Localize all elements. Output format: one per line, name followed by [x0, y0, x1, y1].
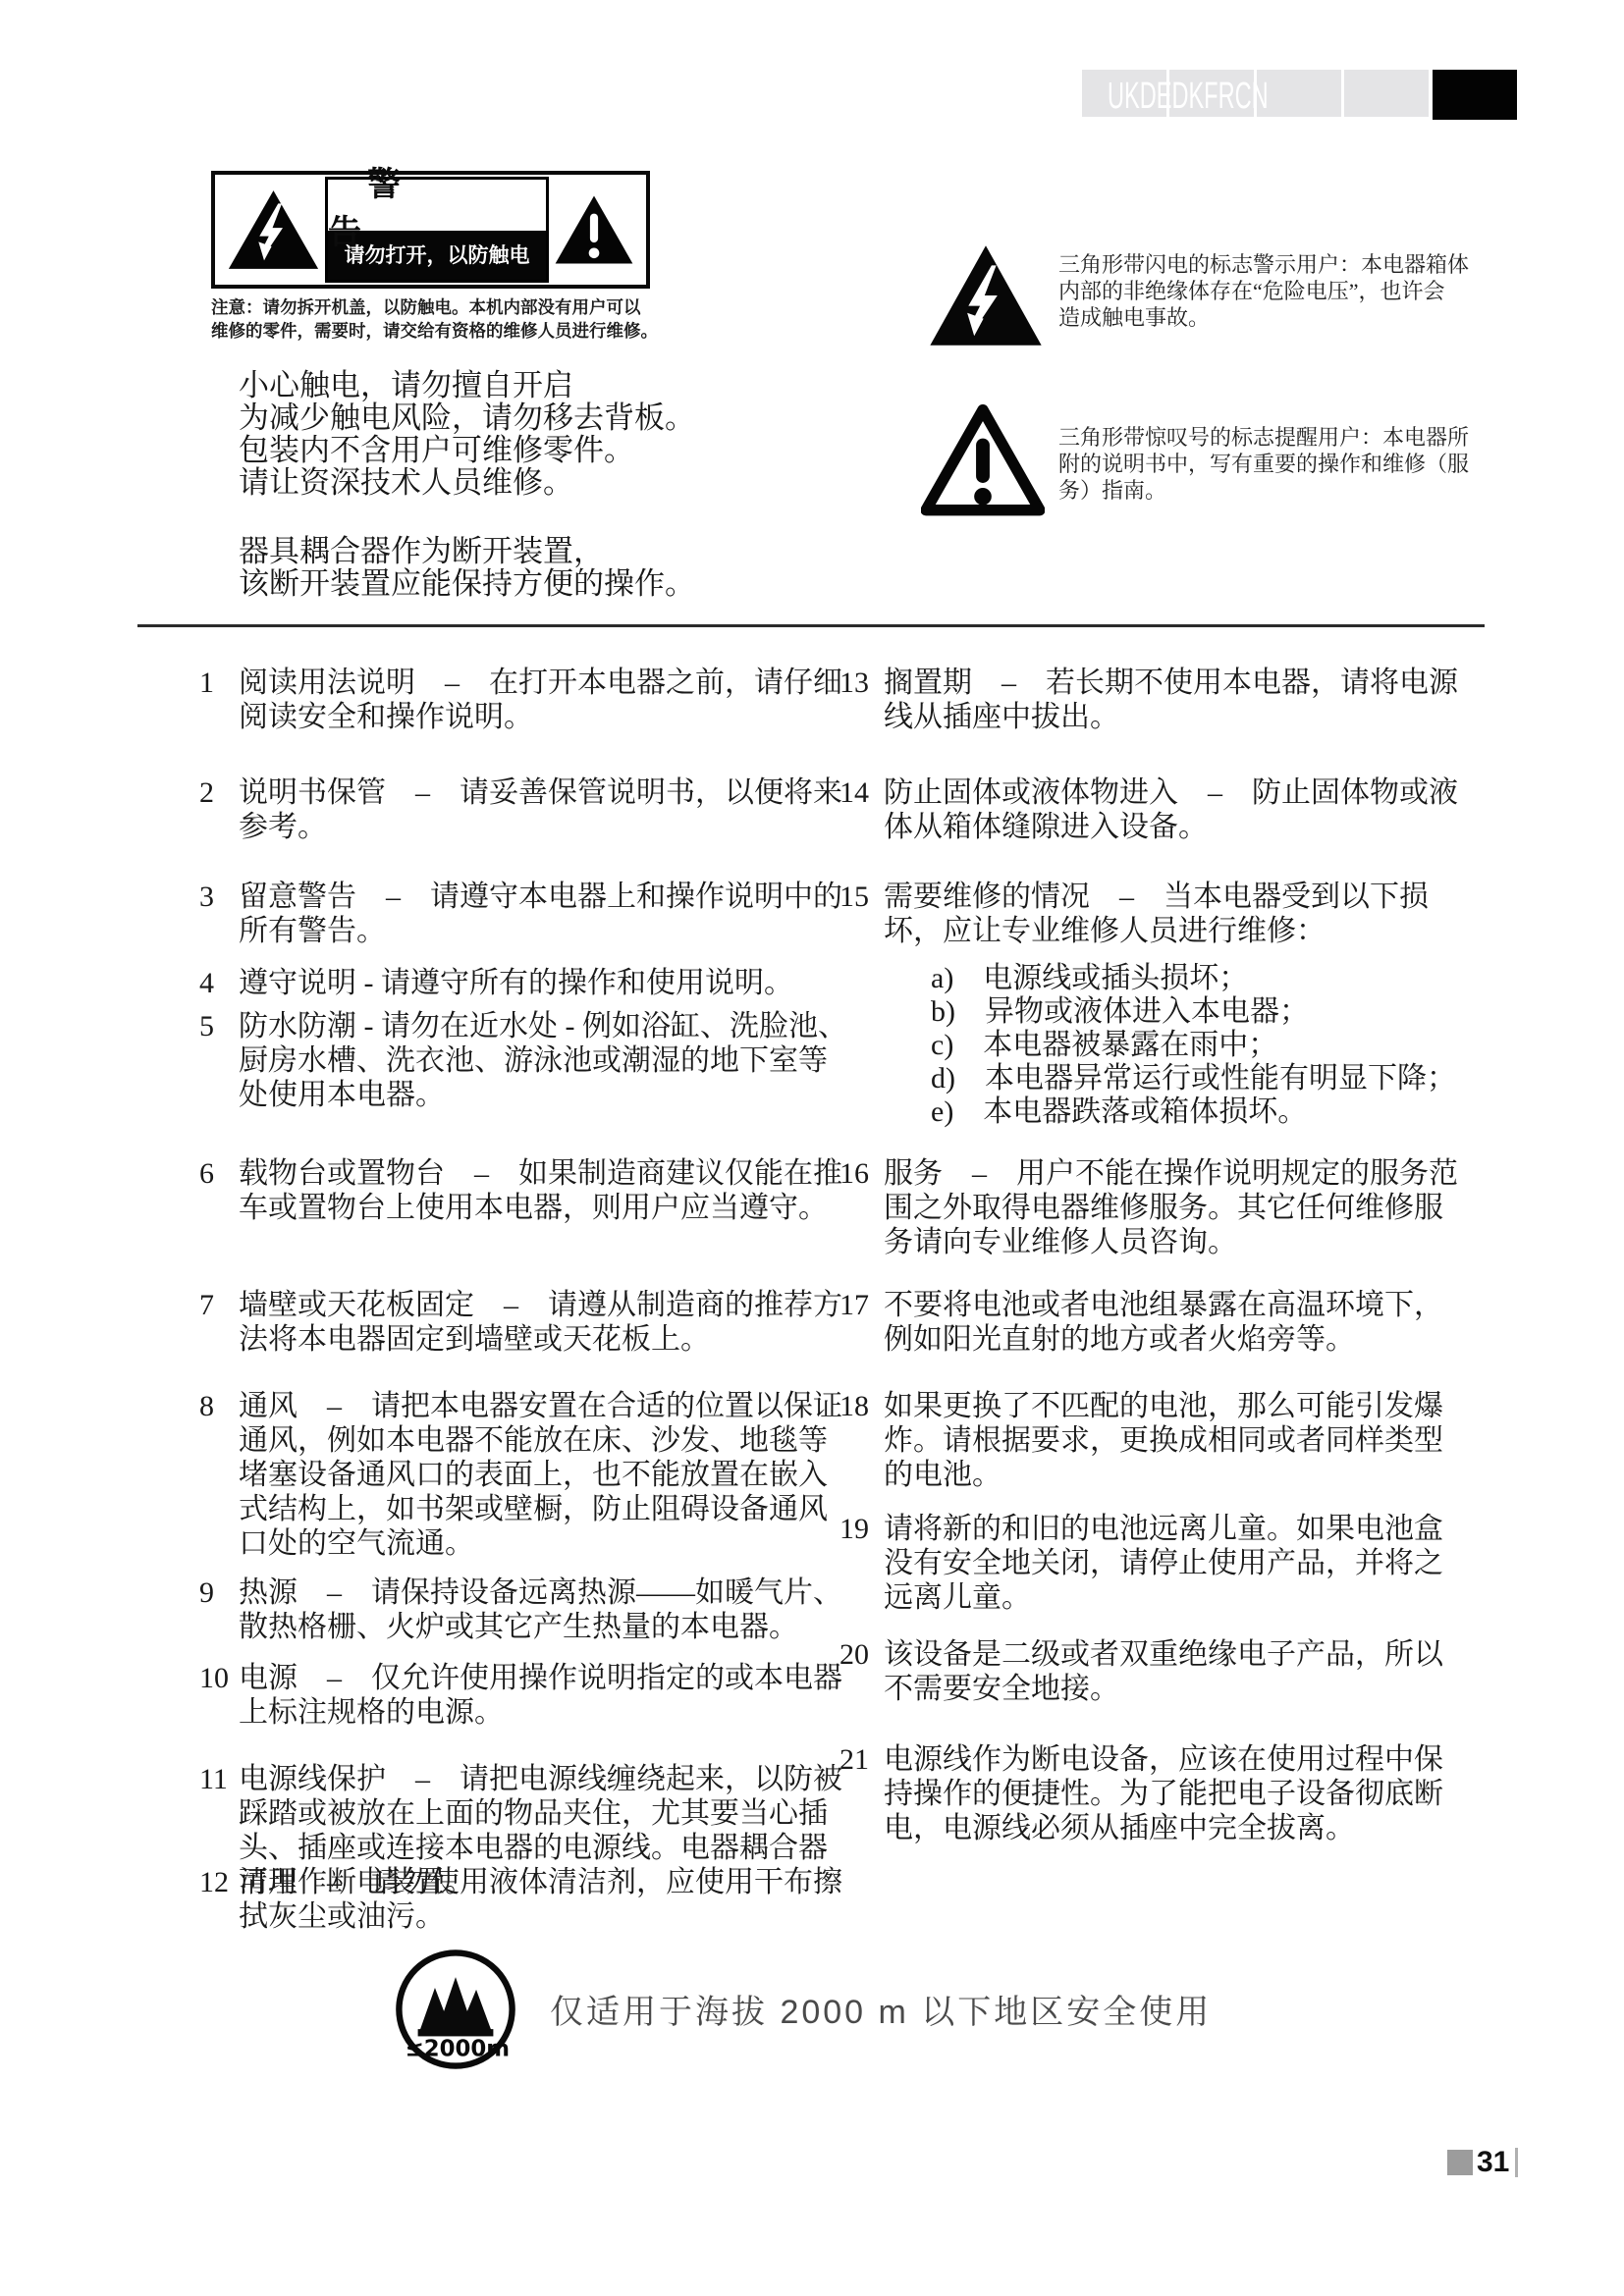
item-text: 通风 – 请把本电器安置在合适的位置以保证通风，例如本电器不能放在床、沙发、地毯… — [239, 1390, 842, 1560]
item-number: 11 — [199, 1762, 228, 1796]
item-number: 13 — [839, 666, 869, 700]
item-number: 19 — [839, 1512, 869, 1546]
item-number: 17 — [839, 1288, 869, 1322]
item-number: 14 — [839, 775, 869, 810]
note-line: 务）指南。 — [1058, 477, 1469, 504]
page-footer: 31 — [1447, 2146, 1518, 2179]
item-number: 3 — [199, 880, 214, 914]
list-item: 18如果更换了不匹配的电池，那么可能引发爆炸。请根据要求，更换成相同或者同样类型… — [839, 1389, 1471, 1492]
note-line: 三角形带闪电的标志警示用户：本电器箱体 — [1058, 251, 1469, 278]
list-item: 9热源 – 请保持设备远离热源——如暖气片、散热格栅、火炉或其它产生热量的本电器… — [199, 1575, 847, 1644]
list-item: 12清理 – 请勿使用液体清洁剂，应使用干布擦拭灰尘或油污。 — [199, 1865, 847, 1934]
manual-page: UKDEDKFRCN 警 告 请勿打开，以防触电 注意：请勿拆开机盖，以防触电。… — [0, 0, 1624, 2296]
list-item: 14防止固体或液体物进入 – 防止固体物或液体从箱体缝隙进入设备。 — [839, 775, 1471, 844]
note-line: 内部的非绝缘体存在“危险电压”，也许会 — [1058, 278, 1469, 304]
list-item: 20该设备是二级或者双重绝缘电子产品，所以不需要安全地接。 — [839, 1637, 1471, 1706]
item-number: 4 — [199, 966, 214, 1000]
item-text: 电源线作为断电设备，应该在使用过程中保持操作的便捷性。为了能把电子设备彻底断电，… — [884, 1743, 1443, 1844]
item-number: 20 — [839, 1637, 869, 1672]
item-text: 载物台或置物台 – 如果制造商建议仅能在推车或置物台上使用本电器，则用户应当遵守… — [239, 1157, 842, 1224]
paragraph-line: 请让资深技术人员维修。 — [239, 466, 695, 499]
item-number: 7 — [199, 1288, 214, 1322]
footer-bar-marker — [1515, 2148, 1518, 2177]
altitude-statement: 仅适用于海拔 2000 m 以下地区安全使用 — [550, 1985, 1212, 2033]
item-number: 21 — [839, 1742, 869, 1777]
lightning-triangle-icon — [227, 187, 320, 272]
warning-caption: 注意：请勿拆开机盖，以防触电。本机内部没有用户可以 维修的零件，需要时，请交给有… — [211, 295, 673, 343]
svg-text:≤2000m: ≤2000m — [406, 2037, 511, 2062]
item-number: 10 — [199, 1661, 229, 1695]
warning-title: 警 告 — [328, 180, 546, 231]
exclamation-triangle-icon — [921, 400, 1045, 523]
item-number: 1 — [199, 666, 214, 700]
footer-square-marker — [1447, 2150, 1473, 2175]
list-item: 5防水防潮 - 请勿在近水处 - 例如浴缸、洗脸池、厨房水槽、洗衣池、游泳池或潮… — [199, 1009, 847, 1112]
list-item: 10电源 – 仅允许使用操作说明指定的或本电器上标注规格的电源。 — [199, 1661, 847, 1730]
item-text: 该设备是二级或者双重绝缘电子产品，所以不需要安全地接。 — [884, 1638, 1443, 1705]
list-item: 19请将新的和旧的电池远离儿童。如果电池盒没有安全地关闭，请停止使用产品，并将之… — [839, 1512, 1471, 1615]
item-text: 说明书保管 – 请妥善保管说明书，以便将来参考。 — [239, 776, 842, 843]
note-line: 三角形带惊叹号的标志提醒用户：本电器所 — [1058, 424, 1469, 451]
warning-title-box: 警 告 请勿打开，以防触电 — [325, 177, 549, 283]
item-number: 5 — [199, 1009, 214, 1043]
item-text: 热源 – 请保持设备远离热源——如暖气片、散热格栅、火炉或其它产生热量的本电器。 — [239, 1576, 842, 1643]
paragraph-line: 器具耦合器作为断开装置， — [239, 535, 695, 567]
paragraph-line: 该断开装置应能保持方便的操作。 — [239, 567, 695, 600]
list-item: 8通风 – 请把本电器安置在合适的位置以保证通风，例如本电器不能放在床、沙发、地… — [199, 1389, 847, 1561]
item-text: 防水防潮 - 请勿在近水处 - 例如浴缸、洗脸池、厨房水槽、洗衣池、游泳池或潮湿… — [239, 1010, 847, 1111]
list-item: 21电源线作为断电设备，应该在使用过程中保持操作的便捷性。为了能把电子设备彻底断… — [839, 1742, 1471, 1845]
item-text: 清理 – 请勿使用液体清洁剂，应使用干布擦拭灰尘或油污。 — [239, 1866, 842, 1933]
header-block — [1344, 70, 1429, 117]
warning-caption-line: 注意：请勿拆开机盖，以防触电。本机内部没有用户可以 — [211, 295, 673, 319]
item-number: 18 — [839, 1389, 869, 1423]
item-text: 不要将电池或者电池组暴露在高温环境下，例如阳光直射的地方或者火焰旁等。 — [884, 1289, 1443, 1356]
note-line: 附的说明书中，写有重要的操作和维修（服 — [1058, 451, 1469, 477]
item-text: 遵守说明 - 请遵守所有的操作和使用说明。 — [239, 967, 793, 999]
list-item: 13搁置期 – 若长期不使用本电器，请将电源线从插座中拔出。 — [839, 666, 1471, 734]
sublist-item: a) 电源线或插头损坏； — [931, 962, 1471, 995]
page-number: 31 — [1477, 2146, 1509, 2179]
paragraph-line: 包装内不含用户可维修零件。 — [239, 434, 695, 466]
list-item: 15需要维修的情况 – 当本电器受到以下损坏，应让专业维修人员进行维修： a) … — [839, 880, 1471, 1129]
paragraph-line: 小心触电，请勿擅自开启 — [239, 369, 695, 401]
damage-conditions-sublist: a) 电源线或插头损坏； b) 异物或液体进入本电器； c) 本电器被暴露在雨中… — [884, 962, 1471, 1129]
sublist-item: b) 异物或液体进入本电器； — [931, 995, 1471, 1029]
list-item: 16服务 – 用户不能在操作说明规定的服务范围之外取得电器维修服务。其它任何维修… — [839, 1156, 1471, 1259]
item-text: 墙壁或天花板固定 – 请遵从制造商的推荐方法将本电器固定到墙壁或天花板上。 — [239, 1289, 842, 1356]
item-text: 搁置期 – 若长期不使用本电器，请将电源线从插座中拔出。 — [884, 667, 1458, 733]
item-number: 6 — [199, 1156, 214, 1191]
sublist-item: d) 本电器异常运行或性能有明显下降； — [931, 1062, 1471, 1095]
item-text: 留意警告 – 请遵守本电器上和操作说明中的所有警告。 — [239, 881, 842, 947]
exclamation-note-text: 三角形带惊叹号的标志提醒用户：本电器所 附的说明书中，写有重要的操作和维修（服 … — [1058, 424, 1469, 504]
item-number: 8 — [199, 1389, 214, 1423]
item-number: 2 — [199, 775, 214, 810]
item-text: 阅读用法说明 – 在打开本电器之前，请仔细阅读安全和操作说明。 — [239, 667, 842, 733]
exclamation-triangle-icon — [554, 192, 634, 267]
item-text: 防止固体或液体物进入 – 防止固体物或液体从箱体缝隙进入设备。 — [884, 776, 1458, 843]
item-number: 16 — [839, 1156, 869, 1191]
sublist-item: c) 本电器被暴露在雨中； — [931, 1029, 1471, 1062]
language-codes-label: UKDEDKFRCN — [1108, 76, 1269, 118]
list-item: 1阅读用法说明 – 在打开本电器之前，请仔细阅读安全和操作说明。 — [199, 666, 847, 734]
coupler-paragraph: 器具耦合器作为断开装置， 该断开装置应能保持方便的操作。 — [239, 535, 695, 600]
item-text: 请将新的和旧的电池远离儿童。如果电池盒没有安全地关闭，请停止使用产品，并将之远离… — [884, 1513, 1443, 1614]
item-text: 服务 – 用户不能在操作说明规定的服务范围之外取得电器维修服务。其它任何维修服务… — [884, 1157, 1458, 1258]
list-item: 6载物台或置物台 – 如果制造商建议仅能在推车或置物台上使用本电器，则用户应当遵… — [199, 1156, 847, 1225]
list-item: 7墙壁或天花板固定 – 请遵从制造商的推荐方法将本电器固定到墙壁或天花板上。 — [199, 1288, 847, 1357]
list-item: 17不要将电池或者电池组暴露在高温环境下，例如阳光直射的地方或者火焰旁等。 — [839, 1288, 1471, 1357]
list-item: 4遵守说明 - 请遵守所有的操作和使用说明。 — [199, 966, 847, 1000]
header-block — [1257, 70, 1341, 117]
item-text: 需要维修的情况 – 当本电器受到以下损坏，应让专业维修人员进行维修： — [884, 881, 1429, 947]
paragraph-line: 为减少触电风险，请勿移去背板。 — [239, 401, 695, 434]
item-number: 12 — [199, 1865, 229, 1899]
warning-box: 警 告 请勿打开，以防触电 — [211, 171, 650, 289]
list-item: 2说明书保管 – 请妥善保管说明书，以便将来参考。 — [199, 775, 847, 844]
lightning-note-text: 三角形带闪电的标志警示用户：本电器箱体 内部的非绝缘体存在“危险电压”，也许会 … — [1058, 251, 1469, 331]
section-divider — [137, 624, 1485, 627]
list-item: 3留意警告 – 请遵守本电器上和操作说明中的所有警告。 — [199, 880, 847, 948]
item-text: 电源 – 仅允许使用操作说明指定的或本电器上标注规格的电源。 — [239, 1662, 842, 1729]
item-number: 9 — [199, 1575, 214, 1610]
warning-caption-line: 维修的零件，需要时，请交给有资格的维修人员进行维修。 — [211, 319, 673, 343]
note-line: 造成触电事故。 — [1058, 304, 1469, 331]
altitude-2000m-icon: ≤2000m — [393, 1947, 518, 2077]
sublist-item: e) 本电器跌落或箱体损坏。 — [931, 1095, 1471, 1129]
lightning-triangle-icon — [928, 242, 1044, 353]
header-block-active — [1433, 70, 1517, 120]
item-number: 15 — [839, 880, 869, 914]
item-text: 如果更换了不匹配的电池，那么可能引发爆炸。请根据要求，更换成相同或者同样类型的电… — [884, 1390, 1443, 1491]
shock-warning-paragraph: 小心触电，请勿擅自开启 为减少触电风险，请勿移去背板。 包装内不含用户可维修零件… — [239, 369, 695, 499]
